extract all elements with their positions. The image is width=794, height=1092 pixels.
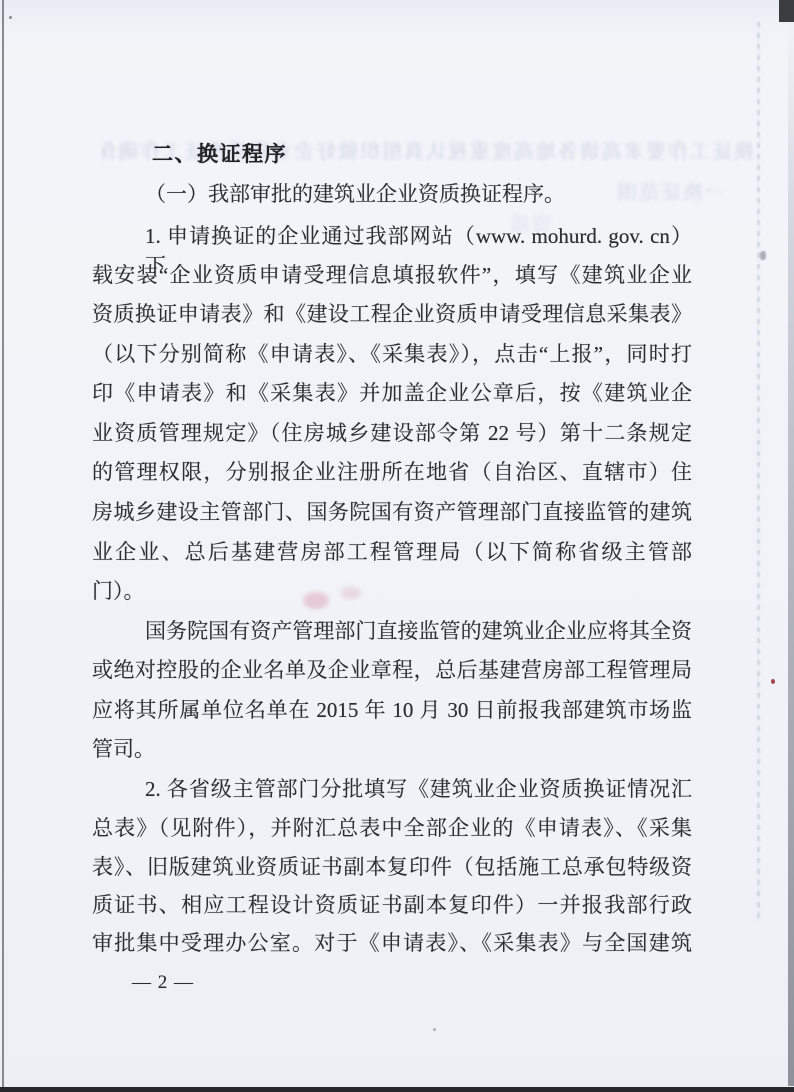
section-heading: 二、换证程序 [152,138,287,168]
text-line: 2. 各省级主管部门分批填写《建筑业企业资质换证情况汇 [145,773,692,800]
binding-crease-line [757,22,760,922]
text-line: 1. 申请换证的企业通过我部网站（www. mohurd. gov. cn）下 [145,220,692,247]
scan-edge-right [788,22,794,1086]
text-line: 载安装“企业资质申请受理信息填报软件”，填写《建筑业企业 [92,259,692,286]
text-line: 资质换证申请表》和《建设工程企业资质申请受理信息采集表》 [92,298,692,325]
scan-edge-left [2,0,4,1092]
text-line: 印《申请表》和《采集表》并加盖企业公章后，按《建筑业企 [92,377,692,404]
text-line: 门）。 [92,575,692,602]
text-line: 或绝对控股的企业名单及企业章程，总后基建营房部工程管理局 [92,654,692,681]
corner-speck [9,16,12,19]
gray-speck [760,251,766,260]
text-line: 表》、旧版建筑业资质证书副本复印件（包括施工总承包特级资 [92,851,692,878]
text-line: 审批集中受理办公室。对于《申请表》、《采集表》与全国建筑 [92,927,692,954]
bottom-speck [433,1028,436,1031]
page-number: — 2 — [132,972,212,994]
scanned-page-background: 换证工作要求高请各地高度重视认真组织做好企业资质换证工作确保 一换证范围 资质 … [0,0,794,1092]
pink-stain [341,587,361,599]
scan-edge-bottom [0,1087,794,1092]
text-line: 总表》（见附件），并附汇总表中全部企业的《申请表》、《采集 [92,812,692,839]
text-line: 的管理权限，分别报企业注册所在地省（自治区、直辖市）住 [92,456,692,483]
text-line: 管司。 [92,733,692,760]
scan-corner-top-right [779,0,794,22]
text-line: 质证书、相应工程设计资质证书副本复印件）一并报我部行政 [92,889,692,916]
pink-stain [303,592,329,609]
text-line: 国务院国有资产管理部门直接监管的建筑业企业应将其全资 [145,615,692,642]
red-speck [771,679,775,684]
text-line: 业资质管理规定》（住房城乡建设部令第 22 号）第十二条规定 [92,417,692,444]
text-line: 业企业、总后基建营房部工程管理局（以下简称省级主管部 [92,536,692,563]
text-line: （一）我部审批的建筑业企业资质换证程序。 [145,178,692,205]
text-line: 房城乡建设主管部门、国务院国有资产管理部门直接监管的建筑 [92,496,692,523]
text-line: （以下分别简称《申请表》、《采集表》），点击“上报”，同时打 [92,338,692,365]
text-line: 应将其所属单位名单在 2015 年 10 月 30 日前报我部建筑市场监 [92,694,692,721]
